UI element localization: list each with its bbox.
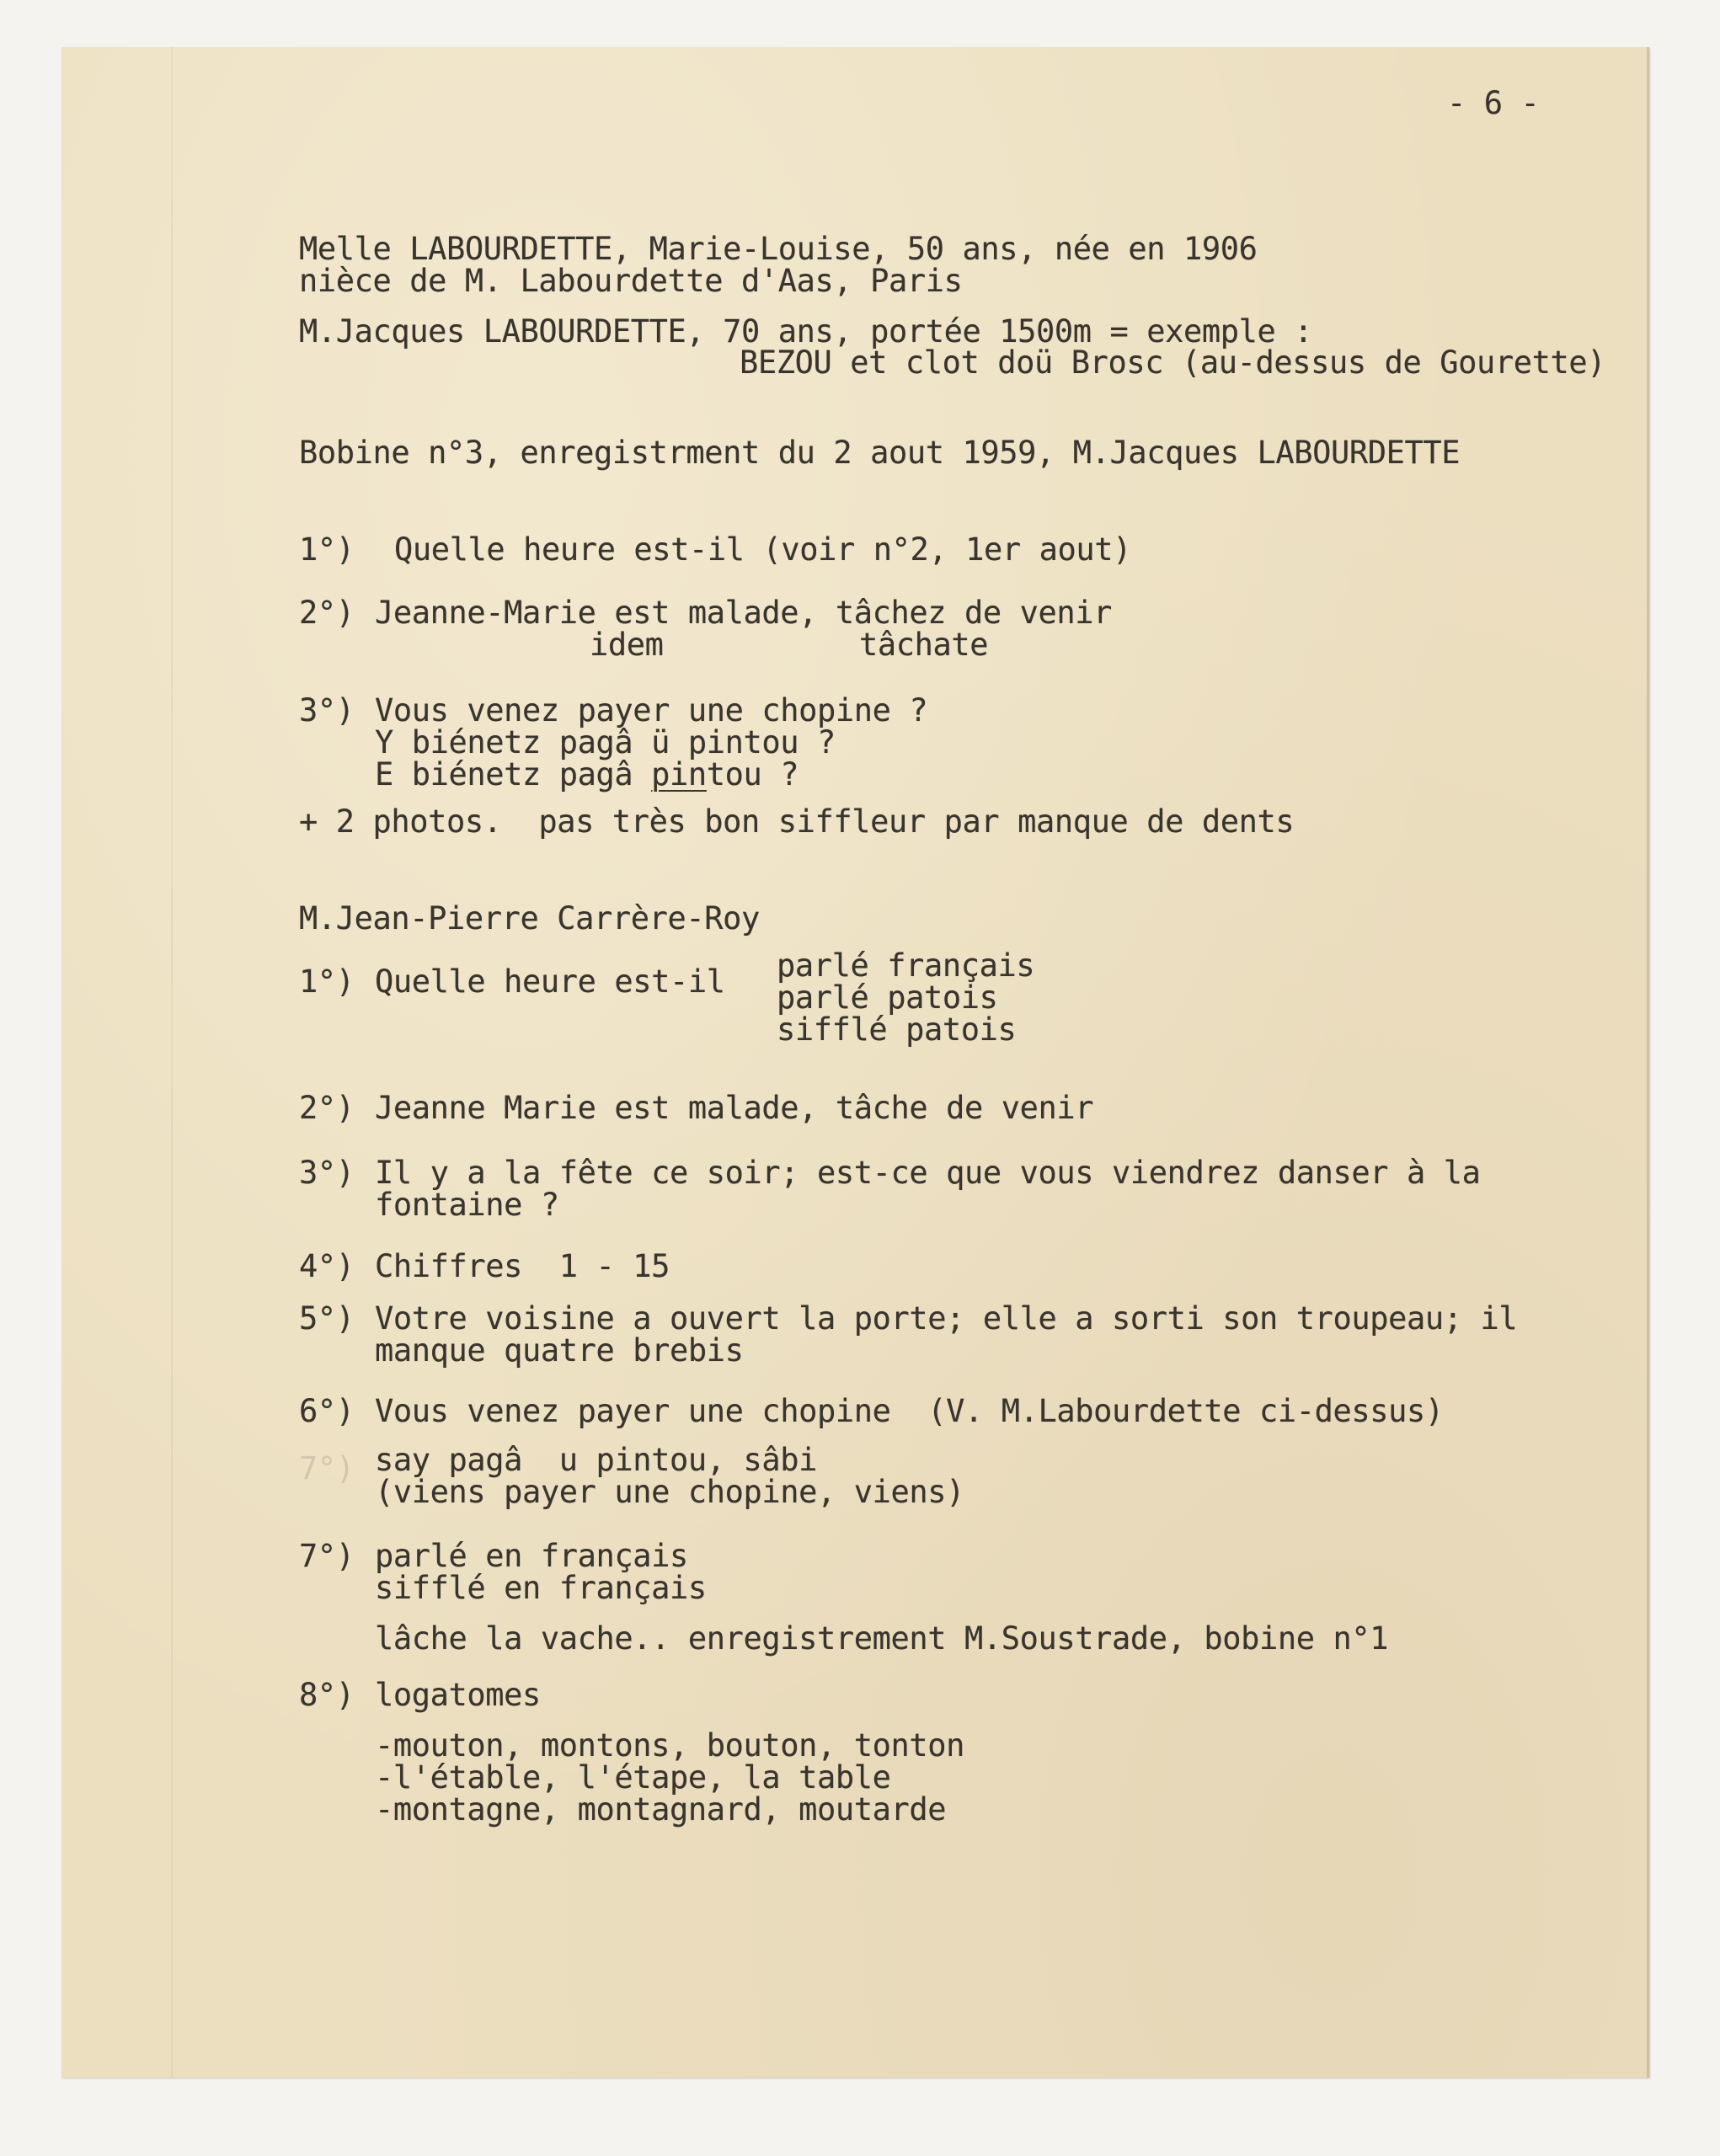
s1-note: + 2 photos. pas très bon siffleur par ma… bbox=[299, 806, 1294, 838]
header-line-2: nièce de M. Labourdette d'Aas, Paris bbox=[299, 265, 963, 297]
s1-item2-num: 2°) bbox=[299, 597, 355, 629]
s2-item6-line1: Vous venez payer une chopine (V. M.Labou… bbox=[375, 1396, 1444, 1428]
s2-item7-line3: lâche la vache.. enregistrement M.Soustr… bbox=[375, 1623, 1388, 1655]
s1-item2-sub-idem: idem bbox=[590, 629, 664, 661]
section2-title: M.Jean-Pierre Carrère-Roy bbox=[299, 903, 760, 935]
s2-item5-num: 5°) bbox=[299, 1303, 355, 1335]
header-line-1: Melle LABOURDETTE, Marie-Louise, 50 ans,… bbox=[299, 233, 1258, 265]
s2-item1-num: 1°) bbox=[299, 966, 355, 998]
s2-item6-num: 6°) bbox=[299, 1396, 355, 1428]
s2-item3-line2: fontaine ? bbox=[375, 1189, 559, 1221]
s2-item8-list-3: -montagne, montagnard, moutarde bbox=[375, 1794, 946, 1826]
s2-item5-line2: manque quatre brebis bbox=[375, 1335, 744, 1367]
s2-item8-num: 8°) bbox=[299, 1679, 355, 1711]
s2-item3-num: 3°) bbox=[299, 1157, 355, 1189]
s2-item7-num: 7°) bbox=[299, 1540, 355, 1572]
paper-edge bbox=[1647, 47, 1649, 2078]
page-number: - 6 - bbox=[1447, 88, 1539, 120]
s1-item3-line3-tail: tou ? bbox=[707, 756, 799, 792]
s2-item1-variant-1: parlé français bbox=[777, 950, 1034, 982]
s2-item1-variant-3: sifflé patois bbox=[777, 1014, 1016, 1046]
s2-item6-line2: say pagâ u pintou, sâbi bbox=[375, 1444, 817, 1476]
s1-item3-underlined: pin bbox=[651, 756, 707, 792]
paper-fold bbox=[171, 47, 173, 2078]
s1-item1-text: Quelle heure est-il (voir n°2, 1er aout) bbox=[394, 534, 1131, 566]
s1-item3-line2: Y biénetz pagâ ü pintou ? bbox=[375, 727, 836, 759]
s2-item6-erased-num: 7°) bbox=[299, 1453, 355, 1485]
s2-item2-text: Jeanne Marie est malade, tâche de venir bbox=[375, 1092, 1093, 1124]
s2-item1-text: Quelle heure est-il bbox=[375, 966, 725, 998]
s2-item5-line1: Votre voisine a ouvert la porte; elle a … bbox=[375, 1303, 1517, 1335]
s2-item3-line1: Il y a la fête ce soir; est-ce que vous … bbox=[375, 1157, 1481, 1189]
s2-item1-variant-2: parlé patois bbox=[777, 982, 998, 1014]
s2-item8-title: logatomes bbox=[375, 1679, 541, 1711]
s2-item8-list-1: -mouton, montons, bouton, tonton bbox=[375, 1730, 964, 1762]
s1-item3-line3-head: E biénetz pagâ bbox=[375, 756, 651, 792]
s2-item4-num: 4°) bbox=[299, 1251, 355, 1283]
s2-item6-line3: (viens payer une chopine, viens) bbox=[375, 1476, 964, 1508]
s1-item2-text: Jeanne-Marie est malade, tâchez de venir bbox=[375, 597, 1112, 629]
s1-item1-num: 1°) bbox=[299, 534, 355, 566]
header-line-3: M.Jacques LABOURDETTE, 70 ans, portée 15… bbox=[299, 316, 1312, 348]
s2-item4-text: Chiffres 1 - 15 bbox=[375, 1251, 670, 1283]
s2-item8-list-2: -l'étable, l'étape, la table bbox=[375, 1762, 891, 1794]
s2-item7-line2: sifflé en français bbox=[375, 1572, 707, 1604]
s1-item3-line3: E biénetz pagâ pintou ? bbox=[375, 759, 799, 791]
s2-item2-num: 2°) bbox=[299, 1092, 355, 1124]
s2-item7-line1: parlé en français bbox=[375, 1540, 688, 1572]
s1-item3-line1: Vous venez payer une chopine ? bbox=[375, 695, 927, 727]
s1-item3-num: 3°) bbox=[299, 695, 355, 727]
section1-title: Bobine n°3, enregistrment du 2 aout 1959… bbox=[299, 437, 1460, 469]
s1-item2-sub-tachate: tâchate bbox=[859, 629, 988, 661]
header-line-4: BEZOU et clot doü Brosc (au-dessus de Go… bbox=[740, 347, 1605, 379]
